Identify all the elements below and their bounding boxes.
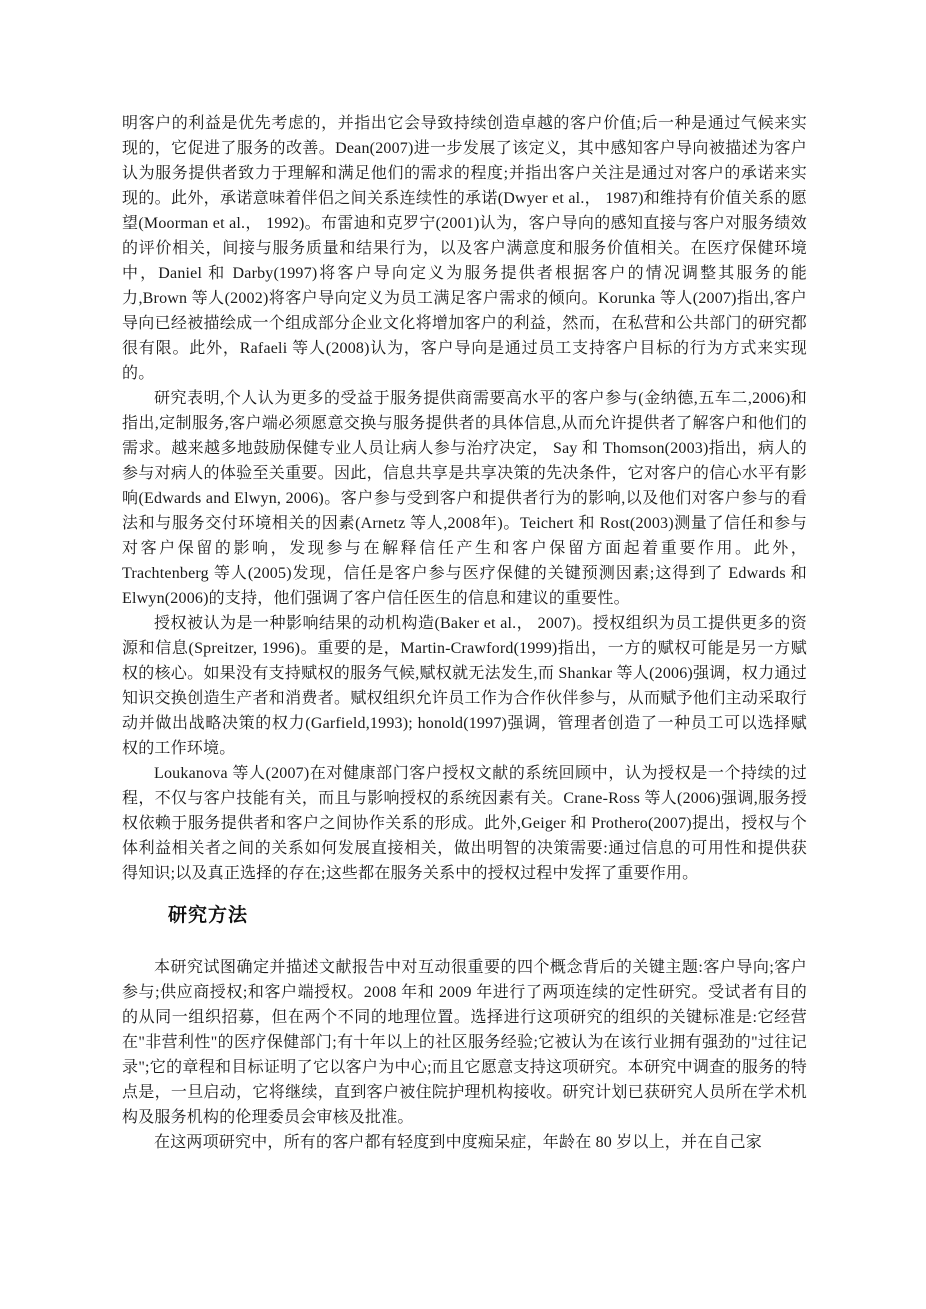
paragraph-customer-participation: 研究表明,个人认为更多的受益于服务提供商需要高水平的客户参与(金纳德,五车二,2… bbox=[122, 386, 807, 611]
paragraph-empowerment-construct: 授权被认为是一种影响结果的动机构造(Baker et al.， 2007)。授权… bbox=[122, 611, 807, 761]
paragraph-methods-overview: 本研究试图确定并描述文献报告中对互动很重要的四个概念背后的关键主题:客户导向;客… bbox=[122, 955, 807, 1130]
page-content: 明客户的利益是优先考虑的，并指出它会导致持续创造卓越的客户价值;后一种是通过气候… bbox=[122, 111, 807, 1155]
document-page: 明客户的利益是优先考虑的，并指出它会导致持续创造卓越的客户价值;后一种是通过气候… bbox=[0, 0, 926, 1309]
paragraph-study-clients: 在这两项研究中，所有的客户都有轻度到中度痴呆症，年龄在 80 岁以上，并在自己家 bbox=[122, 1130, 807, 1155]
section-heading-research-methods: 研究方法 bbox=[168, 903, 807, 929]
paragraph-empowerment-review: Loukanova 等人(2007)在对健康部门客户授权文献的系统回顾中，认为授… bbox=[122, 761, 807, 886]
paragraph-customer-orientation: 明客户的利益是优先考虑的，并指出它会导致持续创造卓越的客户价值;后一种是通过气候… bbox=[122, 111, 807, 386]
